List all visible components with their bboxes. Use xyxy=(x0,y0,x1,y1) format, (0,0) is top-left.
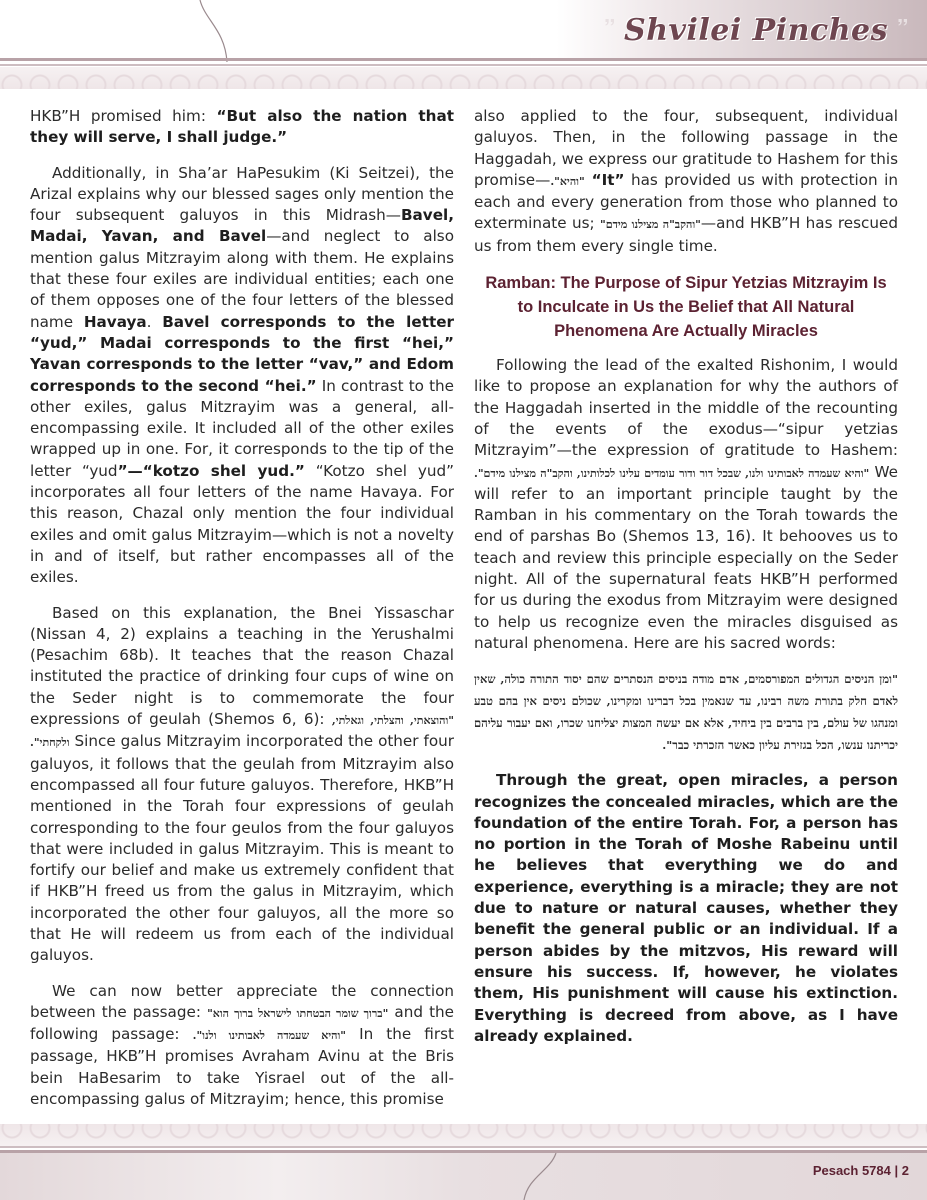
bold-text: ”—“kotzo shel yud.” xyxy=(118,462,305,480)
paragraph: Based on this explanation, the Bnei Yiss… xyxy=(30,603,454,967)
footer-curve-decoration xyxy=(520,1153,560,1200)
paragraph: Additionally, in Sha’ar HaPesukim (Ki Se… xyxy=(30,163,454,589)
publication-title: Shvilei Pinches xyxy=(624,13,888,48)
separator: | xyxy=(891,1163,902,1178)
hebrew-quote: "והיא שעמדה לאבותינו ולנו". xyxy=(193,1029,346,1042)
header-rule xyxy=(0,64,927,66)
ornamental-border-bottom xyxy=(0,1124,927,1146)
swirl-ornament-icon: 🙷 xyxy=(603,15,616,46)
page-number: 2 xyxy=(902,1163,909,1178)
translation-paragraph: Through the great, open miracles, a pers… xyxy=(474,770,898,1047)
header-rule xyxy=(0,58,927,61)
hebrew-quote: "והקב"ה מצילנו מידם" xyxy=(600,218,701,231)
hebrew-quote: "והיא שעמדה לאבותינו ולנו, שבכל דור ודור… xyxy=(474,467,869,480)
swirl-ornament-icon: 🙷 xyxy=(896,15,909,46)
text-span: Since galus Mitzrayim incorporated the o… xyxy=(30,732,454,964)
text-span: Following the lead of the exalted Rishon… xyxy=(474,356,898,459)
ornamental-border-top xyxy=(0,67,927,89)
paragraph: We can now better appreciate the connect… xyxy=(30,981,454,1111)
left-column: HKB”H promised him: “But also the nation… xyxy=(30,106,454,1124)
footer-band xyxy=(0,1153,927,1200)
page-footer-label: Pesach 5784 | 2 xyxy=(813,1163,909,1178)
paragraph: Following the lead of the exalted Rishon… xyxy=(474,355,898,654)
hebrew-quote: "ברוך שומר הבטחתו לישראל ברוך הוא" xyxy=(207,1007,388,1020)
text-span: “Kotzo shel yud” incorporates all four l… xyxy=(30,462,454,586)
text-span: Based on this explanation, the Bnei Yiss… xyxy=(30,604,454,728)
hebrew-quote: "והיא". xyxy=(550,175,584,188)
bold-text: Havaya xyxy=(84,313,147,331)
bold-text: “It” xyxy=(585,171,625,189)
text-span: We will refer to an important principle … xyxy=(474,463,898,652)
issue-name: Pesach 5784 xyxy=(813,1163,891,1178)
right-column: also applied to the four, subsequent, in… xyxy=(474,106,898,1061)
header-curve-decoration xyxy=(195,0,235,62)
paragraph: HKB”H promised him: “But also the nation… xyxy=(30,106,454,149)
section-heading: Ramban: The Purpose of Sipur Yetzias Mit… xyxy=(480,271,892,343)
text-span: . xyxy=(147,313,163,331)
paragraph: also applied to the four, subsequent, in… xyxy=(474,106,898,257)
publication-title-group: 🙷 Shvilei Pinches 🙷 xyxy=(603,6,909,54)
text-span: Additionally, in Sha’ar HaPesukim (Ki Se… xyxy=(30,164,454,225)
hebrew-ramban-quote: "ומן הניסים הגדולים המפורסמים, אדם מודה … xyxy=(474,668,898,756)
footer-rule xyxy=(0,1146,927,1148)
text-span: HKB”H promised him: xyxy=(30,107,217,125)
